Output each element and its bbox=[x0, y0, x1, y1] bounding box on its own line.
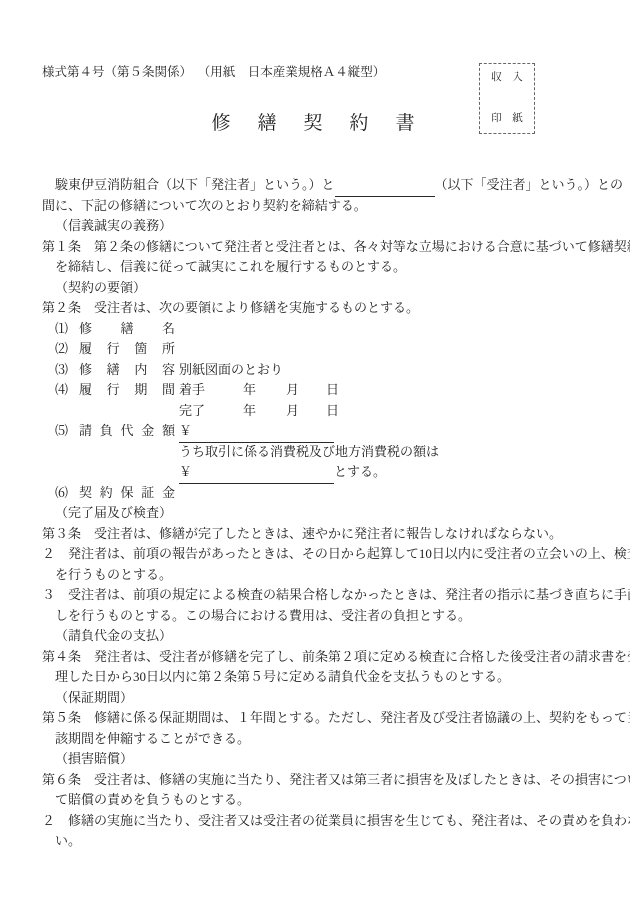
line-text: 年 bbox=[243, 380, 286, 401]
line-text: 月 bbox=[286, 401, 326, 422]
form-number: 様式第４号（第５条関係） bbox=[42, 65, 192, 79]
line-text: 第３条 受注者は、修繕が完了したときは、速やかに発注者に報告しなければならない。 bbox=[42, 524, 562, 545]
line-text: （信義誠実の義務） bbox=[55, 216, 172, 237]
document-line: （完了届及び検査） bbox=[42, 503, 602, 524]
line-text: 第４条 発注者は、受注者が修繕を完了し、前条第２項に定める検査に合格した後受注者… bbox=[42, 647, 630, 668]
document-line: ⑵履行箇所 bbox=[42, 339, 602, 360]
line-text: 履行箇所 bbox=[79, 339, 175, 360]
stamp-box-label-top: 収 入 bbox=[488, 73, 526, 84]
line-text: ⑹ bbox=[55, 483, 79, 504]
paper-size-note: （用紙 日本産業規格Ａ４縦型） bbox=[204, 65, 385, 79]
document-line: 理した日から30日以内に第２条第５号に定める請負代金を支払うものとする。 bbox=[42, 667, 602, 688]
line-text: 日 bbox=[326, 380, 339, 401]
line-text: （保証期間） bbox=[55, 688, 133, 709]
line-text: を締結し、信義に従って誠実にこれを履行するものとする。 bbox=[55, 257, 406, 278]
line-text: うち取引に係る消費税及び地方消費税の額は bbox=[179, 442, 439, 463]
contract-document-page: 様式第４号（第５条関係）（用紙 日本産業規格Ａ４縦型） 収 入 印 紙 修 繕 … bbox=[0, 0, 630, 903]
line-text: 第６条 受注者は、修繕の実施に当たり、発注者又は第三者に損害を及ぼしたときは、そ… bbox=[42, 770, 630, 791]
line-text: ２ 修繕の実施に当たり、受注者又は受注者の従業員に損害を生じても、発注者は、その… bbox=[42, 811, 630, 832]
document-line: ３ 受注者は、前項の規定による検査の結果合格しなかったときは、発注者の指示に基づ… bbox=[42, 585, 602, 606]
document-line: 第６条 受注者は、修繕の実施に当たり、発注者又は第三者に損害を及ぼしたときは、そ… bbox=[42, 770, 602, 791]
document-header: 様式第４号（第５条関係）（用紙 日本産業規格Ａ４縦型） bbox=[42, 62, 385, 80]
line-text: 修繕内容 bbox=[79, 360, 175, 381]
line-text: （完了届及び検査） bbox=[55, 503, 172, 524]
line-text: とする。 bbox=[334, 462, 386, 483]
line-text: 該期間を伸縮することができる。 bbox=[55, 729, 250, 750]
document-line: ￥とする。 bbox=[42, 462, 602, 483]
line-text: 年 bbox=[243, 401, 286, 422]
document-line: ⑹契約保証金 bbox=[42, 483, 602, 504]
line-text: 請負代金額 bbox=[79, 421, 175, 442]
line-text: 日 bbox=[326, 401, 339, 422]
line-text: （以下「受注者」という。）との bbox=[435, 175, 624, 196]
line-text: 完了 bbox=[179, 401, 243, 422]
document-line: 完了年月日 bbox=[42, 401, 602, 422]
line-text: 履行期間 bbox=[79, 380, 175, 401]
document-line: 第３条 受注者は、修繕が完了したときは、速やかに発注者に報告しなければならない。 bbox=[42, 524, 602, 545]
document-line: ２ 発注者は、前項の報告があったときは、その日から起算して10日以内に受注者の立… bbox=[42, 544, 602, 565]
line-text: ２ 発注者は、前項の報告があったときは、その日から起算して10日以内に受注者の立… bbox=[42, 544, 630, 565]
document-line: （信義誠実の義務） bbox=[42, 216, 602, 237]
document-line: ⑴修繕名 bbox=[42, 319, 602, 340]
line-text: 月 bbox=[286, 380, 326, 401]
line-text: 間に、下記の修繕について次のとおり契約を締結する。 bbox=[42, 196, 367, 217]
document-line: ⑶修繕内容別紙図面のとおり bbox=[42, 360, 602, 381]
document-title: 修 繕 契 約 書 bbox=[0, 108, 630, 135]
line-text: ⑸ bbox=[55, 421, 79, 442]
document-line: を行うものとする。 bbox=[42, 565, 602, 586]
document-line: ⑸請負代金額￥ bbox=[42, 421, 602, 442]
document-line: （保証期間） bbox=[42, 688, 602, 709]
line-text: 第５条 修繕に係る保証期間は、１年間とする。ただし、発注者及び受注者協議の上、契… bbox=[42, 708, 630, 729]
document-line: ⑷履行期間着手年月日 bbox=[42, 380, 602, 401]
document-line: ２ 修繕の実施に当たり、受注者又は受注者の従業員に損害を生じても、発注者は、その… bbox=[42, 811, 602, 832]
document-line: 第４条 発注者は、受注者が修繕を完了し、前条第２項に定める検査に合格した後受注者… bbox=[42, 647, 602, 668]
line-text: 駿東伊豆消防組合（以下「発注者」という。）と bbox=[55, 175, 335, 196]
fill-in-blank: ￥ bbox=[179, 462, 334, 484]
line-text: （請負代金の支払） bbox=[55, 626, 172, 647]
line-text: 理した日から30日以内に第２条第５号に定める請負代金を支払うものとする。 bbox=[55, 667, 510, 688]
line-text: ⑵ bbox=[55, 339, 79, 360]
document-line: を締結し、信義に従って誠実にこれを履行するものとする。 bbox=[42, 257, 602, 278]
fill-in-blank: ￥ bbox=[179, 421, 334, 443]
document-line: （損害賠償） bbox=[42, 749, 602, 770]
document-lines: 駿東伊豆消防組合（以下「発注者」という。）と （以下「受注者」という。）との間に… bbox=[42, 175, 602, 852]
line-text: （契約の要領） bbox=[55, 278, 146, 299]
document-line: うち取引に係る消費税及び地方消費税の額は bbox=[42, 442, 602, 463]
document-line: 第１条 第２条の修繕について発注者と受注者とは、各々対等な立場における合意に基づ… bbox=[42, 237, 602, 258]
line-text: を行うものとする。 bbox=[55, 565, 172, 586]
line-text: しを行うものとする。この場合における費用は、受注者の負担とする。 bbox=[55, 606, 471, 627]
line-text: 別紙図面のとおり bbox=[179, 360, 283, 381]
document-line: 間に、下記の修繕について次のとおり契約を締結する。 bbox=[42, 196, 602, 217]
line-text: 着手 bbox=[179, 380, 243, 401]
document-line: （契約の要領） bbox=[42, 278, 602, 299]
document-line: い。 bbox=[42, 831, 602, 852]
line-text: ⑴ bbox=[55, 319, 79, 340]
document-line: 該期間を伸縮することができる。 bbox=[42, 729, 602, 750]
document-line: 第２条 受注者は、次の要領により修繕を実施するものとする。 bbox=[42, 298, 602, 319]
document-line: 第５条 修繕に係る保証期間は、１年間とする。ただし、発注者及び受注者協議の上、契… bbox=[42, 708, 602, 729]
line-text: ⑷ bbox=[55, 380, 79, 401]
document-line: しを行うものとする。この場合における費用は、受注者の負担とする。 bbox=[42, 606, 602, 627]
document-line: 駿東伊豆消防組合（以下「発注者」という。）と （以下「受注者」という。）との bbox=[42, 175, 602, 196]
line-text: ３ 受注者は、前項の規定による検査の結果合格しなかったときは、発注者の指示に基づ… bbox=[42, 585, 630, 606]
line-text: 契約保証金 bbox=[79, 483, 175, 504]
line-text: い。 bbox=[55, 831, 81, 852]
fill-in-blank bbox=[335, 175, 435, 197]
line-text: ⑶ bbox=[55, 360, 79, 381]
document-line: （請負代金の支払） bbox=[42, 626, 602, 647]
line-text: （損害賠償） bbox=[55, 749, 133, 770]
line-text: 修繕名 bbox=[79, 319, 175, 340]
line-text: 第１条 第２条の修繕について発注者と受注者とは、各々対等な立場における合意に基づ… bbox=[42, 237, 630, 258]
document-line: て賠償の責めを負うものとする。 bbox=[42, 790, 602, 811]
line-text: 第２条 受注者は、次の要領により修繕を実施するものとする。 bbox=[42, 298, 419, 319]
line-text: て賠償の責めを負うものとする。 bbox=[55, 790, 250, 811]
